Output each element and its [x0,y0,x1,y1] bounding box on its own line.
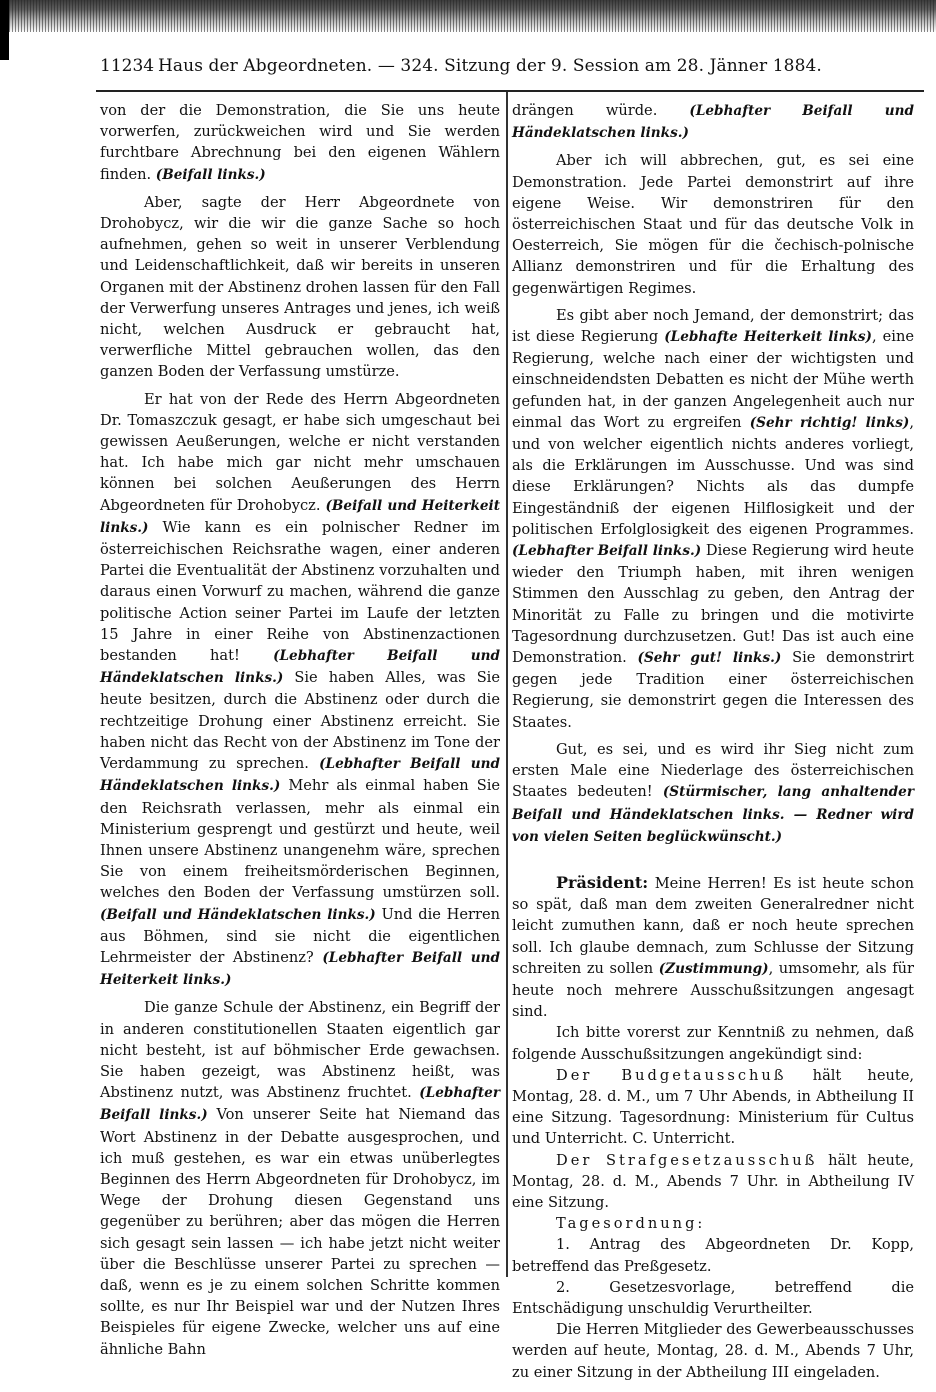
interjection: (Zustimmung) [659,961,769,977]
interjection: (Sehr gut! links.) [638,650,782,666]
right-paragraphs: drängen würde. (Lebhafter Beifall und Hä… [512,100,914,848]
scan-noise-band [0,0,936,32]
speech-text: Er hat von der Rede des Herrn Abgeordnet… [100,391,500,514]
paragraph: Er hat von der Rede des Herrn Abgeordnet… [100,389,500,992]
header-rule [96,90,924,92]
paragraph: drängen würde. (Lebhafter Beifall und Hä… [512,100,914,144]
president-paragraph: Präsident: Meine Herren! Es ist heute sc… [512,872,914,1022]
speech-text: Wie kann es ein polnischer Redner im öst… [100,519,500,664]
announcement-item: Tagesordnung: [512,1213,914,1234]
section-gap [512,848,914,872]
paragraph: Es gibt aber noch Jemand, der demonstrir… [512,305,914,733]
announcements: Ich bitte vorerst zur Kenntniß zu nehmen… [512,1022,914,1382]
announcement-item: Der Strafgesetzausschuß hält heute, Mont… [512,1150,914,1214]
announcement-text: 2. Gesetzesvorlage, betreffend die Entsc… [512,1279,914,1317]
announcement-item: Ich bitte vorerst zur Kenntniß zu nehmen… [512,1022,914,1064]
interjection: (Beifall links.) [156,167,266,183]
committee-name: Der Budgetausschuß [556,1067,787,1084]
speech-text: Von unserer Seite hat Niemand das Wort A… [100,1106,500,1357]
paragraph: Die ganze Schule der Abstinenz, ein Begr… [100,997,500,1359]
speech-text: Aber ich will abbrechen, gut, es sei ein… [512,152,914,296]
interjection: (Beifall und Händeklatschen links.) [100,907,376,923]
speaker-name: Präsident: [556,873,648,892]
scan-edge [0,0,9,60]
speech-text: drängen würde. [512,102,689,119]
committee-name: Tagesordnung: [556,1215,705,1232]
committee-name: Der Strafgesetzausschuß [556,1152,817,1169]
announcement-item: Die Herren Mitglieder des Gewerbeausschu… [512,1319,914,1383]
page-header: 11234 Haus der Abgeordneten. — 324. Sitz… [100,56,920,84]
paragraph: Aber ich will abbrechen, gut, es sei ein… [512,150,914,298]
announcement-item: Der Budgetausschuß hält heute, Montag, 2… [512,1065,914,1150]
speech-text: , und von welcher eigentlich nichts ande… [512,414,914,538]
interjection: (Lebhafte Heiterkeit links) [664,329,872,345]
right-column: drängen würde. (Lebhafter Beifall und Hä… [512,100,914,1383]
interjection: (Lebhafter Beifall links.) [512,543,701,559]
paragraph: von der die Demonstration, die Sie uns h… [100,100,500,186]
page-title: Haus der Abgeordneten. — 324. Sitzung de… [158,56,822,76]
announcement-text: 1. Antrag des Abgeordneten Dr. Kopp, bet… [512,1236,914,1274]
speech-text: Diese Regierung wird heute wieder den Tr… [512,542,914,666]
paragraph: Gut, es sei, und es wird ihr Sieg nicht … [512,739,914,848]
announcement-item: 1. Antrag des Abgeordneten Dr. Kopp, bet… [512,1234,914,1276]
announcement-item: 2. Gesetzesvorlage, betreffend die Entsc… [512,1277,914,1319]
paragraph: Aber, sagte der Herr Abgeordnete von Dro… [100,192,500,383]
speech-text: Mehr als einmal haben Sie den Reichsrath… [100,777,500,901]
announcement-text: Die Herren Mitglieder des Gewerbeausschu… [512,1321,914,1380]
left-column: von der die Demonstration, die Sie uns h… [100,100,500,1360]
column-divider [506,92,508,1277]
interjection: (Sehr richtig! links) [750,415,910,431]
speech-text: Aber, sagte der Herr Abgeordnete von Dro… [100,194,500,381]
page-number: 11234 [100,56,158,76]
announcement-text: Ich bitte vorerst zur Kenntniß zu nehmen… [512,1024,914,1062]
